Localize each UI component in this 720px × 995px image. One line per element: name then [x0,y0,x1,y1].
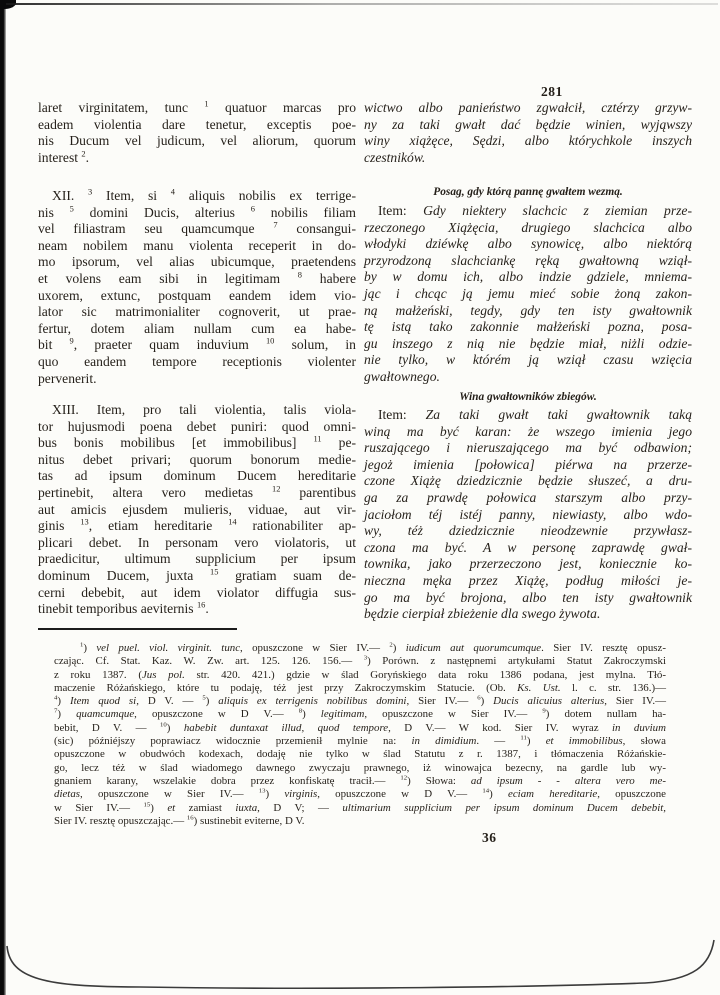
text-line: praedicitur, ultimum supplicium per ipsu… [38,551,356,568]
text-line: gnaniem karany, wszelakie dobra przez ko… [54,775,666,788]
text-line: laret virginitatem, tunc 1 quatuor marca… [38,100,356,117]
text-line: tor hujusmodi poena debet puniri: quod o… [38,419,356,436]
text-line: nieczna męka przez Xiążę, podług miłości… [364,573,692,590]
polish-article-posag: Item: Gdy niektery slachcic z ziemian pr… [364,203,692,386]
text-line: XII. 3 Item, si 4 aliquis nobilis ex ter… [38,188,356,205]
text-line: winy xiążęce, Sędzi, albo którychkole in… [364,133,692,150]
text-line: Item: Gdy niektery slachcic z ziemian pr… [364,203,692,220]
text-line: wictwo albo panieństwo zgwałcił, cztérzy… [364,100,692,117]
text-line: gwałtownego. [364,369,692,386]
text-line: bus bonis mobilibus [et immobilibus] 11 … [38,435,356,452]
text-line: neam nobilem manu violenta receperit in … [38,238,356,255]
text-line: jąc i chcąc ją jemu mieć sobie żoną zako… [364,286,692,303]
text-line: rzeczonego Xiążęcia, drugiego slachcica … [364,220,692,237]
text-line: czając. Cf. Stat. Kaz. W. Zw. art. 125. … [54,655,666,668]
text-line: mo ipsorum, vel alias ubicumque, praeten… [38,254,356,271]
text-line: czestników. [364,150,692,167]
text-line: maczenie Różańskiego, które tu podaję, t… [54,682,666,695]
text-line: by w domu ich, albo indzie gdziele, mnie… [364,269,692,286]
text-line: fertur, dotem aliam nullam cum ea habe- [38,321,356,338]
text-line: go ma być brojona, albo ten isty gwałtow… [364,590,692,607]
text-line: 7) quamcumque, opuszczone w D V.— 8) leg… [54,708,666,721]
page-number-bottom: 36 [482,830,497,846]
text-line: go, lecz téż w ślad wiadomego dawnego zw… [54,762,666,775]
text-line: jaciołom téj istéj panny, niewiasty, alb… [364,507,692,524]
text-line: XIII. Item, pro tali violentia, talis vi… [38,402,356,419]
scan-edge-top-artifact [6,3,718,5]
text-line: ga za prawdę połowica starszym albo przy… [364,490,692,507]
text-line: gu inszego z nią nie będzie miał, niżli … [364,336,692,353]
text-line: uxorem, extunc, postquam eandem idem vio… [38,288,356,305]
text-line: vel filiastram seu quamcumque 7 consangu… [38,221,356,238]
text-line: bit 9, praeter quam induvium 10 solum, i… [38,337,356,354]
text-line: przyrodzoną slachciankę ręką gwałtowną w… [364,253,692,270]
text-line: interest 2. [38,150,356,167]
text-line: nis 5 domini Ducis, alterius 6 nobilis f… [38,205,356,222]
section-heading-posag: Posag, gdy którą pannę gwałtem wezmą. [364,186,692,199]
text-line: jegoż imienia [połowica] piérwa na przer… [364,457,692,474]
text-line: ruszającego i nieruszającego ma być odba… [364,440,692,457]
text-line: wy, téż dziedzicznie nieodzewnie przywła… [364,523,692,540]
text-line: 4) Item quod si, D V. — 5) aliquis ex te… [54,695,666,708]
text-line: lator sic matrimonialiter cognoverit, ut… [38,304,356,321]
text-line: nie tylko, w którém ją wziął czasu wzięc… [364,352,692,369]
text-line: tę istą tako zakonnie małżeński pozna, p… [364,319,692,336]
text-line: czone Xiążę dziedzicznie będzie słuszeć,… [364,473,692,490]
page-number-top: 281 [541,84,563,100]
text-line: tinebit temporibus aeviternis 16. [38,601,356,618]
latin-article-xiii: XIII. Item, pro tali violentia, talis vi… [38,402,356,618]
text-line: (sic) późniéjszy poprawiacz widocznie pr… [54,735,666,748]
text-line: nitus debet privari; quorum bonorum medi… [38,452,356,469]
text-line: tas ad ipsum dominum Ducem hereditarie [38,468,356,485]
latin-paragraph-continuation: laret virginitatem, tunc 1 quatuor marca… [38,100,356,166]
text-line: włodyki dziéwkę albo synowicę, albo niek… [364,236,692,253]
text-line: będzie cierpiał zbieżenie dla swego żywo… [364,606,692,623]
text-line: eadem violentia dare tenetur, exceptis p… [38,117,356,134]
text-line: townika, jako przerzeczono jest, koniecz… [364,556,692,573]
polish-article-wina: Item: Za taki gwałt taki gwałtownik taką… [364,407,692,623]
footnotes-block: 1) vel puel. viol. virginit. tunc, opusz… [54,642,666,828]
text-line: ny za taki gwałt dać będzie winien, wyją… [364,117,692,134]
text-line: 1) vel puel. viol. virginit. tunc, opusz… [54,642,666,655]
text-line: w Sier IV.— 15) et zamiast iuxta, D V; —… [54,802,666,815]
scan-edge-left-artifact [0,0,6,995]
text-line: Item: Za taki gwałt taki gwałtownik taką [364,407,692,424]
text-line: dietas, opuszczone w Sier IV.— 13) virgi… [54,788,666,801]
text-line: plicari debet. In personam vero violator… [38,535,356,552]
text-line: z roku 1387. (Jus pol. str. 420. 421.) g… [54,669,666,682]
text-line: ną małżeński, tegdy, gdy ten isty gwałto… [364,303,692,320]
text-line: czona ma być. A w personę zaprawdę gwał- [364,540,692,557]
text-line: winą ma być karan: że wszego imienia jeg… [364,424,692,441]
text-line: opuszczone w obudwóch kodexach, dodaję n… [54,748,666,761]
text-line: ginis 13, etiam hereditarie 14 rationabi… [38,518,356,535]
text-line: quo eandem tempore receptionis violenter [38,354,356,371]
polish-paragraph-continuation: wictwo albo panieństwo zgwałcił, cztérzy… [364,100,692,166]
scanned-book-page: 281 laret virginitatem, tunc 1 quatuor m… [0,0,720,995]
text-line: pertinebit, altera vero medietas 12 pare… [38,485,356,502]
text-line: et volens eam sibi in legitimam 8 habere [38,271,356,288]
text-line: dominum Ducem, juxta 15 gratiam suam de- [38,568,356,585]
text-line: pervenerit. [38,371,356,388]
section-heading-wina: Wina gwałtowników zbiegów. [364,391,692,404]
text-line: Sier IV. resztę opuszczając.— 16) sustin… [54,815,666,828]
footnote-separator-rule [38,628,237,630]
text-line: bebit, D V. — 10) habebit duntaxat illud… [54,722,666,735]
latin-article-xii: XII. 3 Item, si 4 aliquis nobilis ex ter… [38,188,356,387]
